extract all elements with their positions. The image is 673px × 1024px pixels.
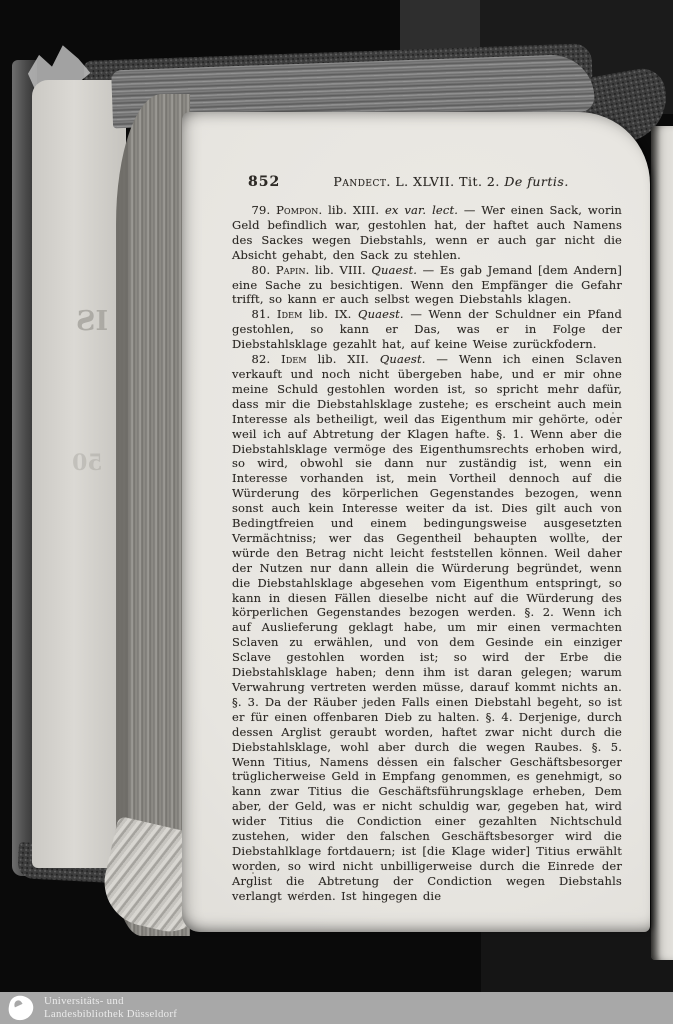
ulb-duesseldorf-logo-icon (8, 995, 34, 1021)
fragment-number: 81. (252, 307, 277, 321)
fragment-number: 80. (252, 263, 276, 277)
page-number: 852 (248, 174, 280, 190)
library-watermark-banner: Universitäts- und Landesbibliothek Düsse… (0, 992, 673, 1024)
paragraph-80: 80. Papin. lib. VIII. Quaest. — Es gab J… (232, 263, 622, 308)
paragraph-text: — Wenn ich einen Sclaven verkauft und no… (232, 352, 622, 903)
running-title: Pandect. L. XLVII. Tit. 2. De furtis. (280, 174, 622, 189)
work-title: Quaest. (380, 352, 437, 366)
library-name: Universitäts- und Landesbibliothek Düsse… (44, 995, 177, 1021)
paragraph-81: 81. Idem lib. IX. Quaest. — Wenn der Sch… (232, 307, 622, 352)
library-name-line1: Universitäts- und (44, 995, 177, 1008)
paragraph-79: 79. Pompon. lib. XIII. ex var. lect. — W… (232, 203, 622, 263)
backdrop-shadow (481, 928, 673, 992)
work-title: ex var. lect. (385, 203, 464, 217)
fragment-number: 79. (252, 203, 277, 217)
book-reference: lib. VIII. (315, 263, 371, 277)
work-title: Quaest. (358, 307, 410, 321)
page-stack-spine-edge (116, 94, 190, 936)
printed-text-column: 852 Pandect. L. XLVII. Tit. 2. De furtis… (232, 174, 622, 904)
paragraph-82: 82. Idem lib. XII. Quaest. — Wenn ich ei… (232, 352, 622, 904)
book-reference: lib. IX. (309, 307, 358, 321)
previous-page-verso: IS 50 (32, 80, 126, 868)
work-title: Quaest. (371, 263, 422, 277)
running-title-cite: L. XLVII. Tit. 2. (391, 174, 505, 189)
showthrough-text: IS (76, 308, 108, 335)
running-head: 852 Pandect. L. XLVII. Tit. 2. De furtis… (232, 174, 622, 190)
book-reference: lib. XII. (318, 352, 380, 366)
showthrough-text: 50 (72, 452, 103, 474)
book-reference: lib. XIII. (328, 203, 385, 217)
book-page: 852 Pandect. L. XLVII. Tit. 2. De furtis… (182, 112, 650, 932)
page-body-text: 79. Pompon. lib. XIII. ex var. lect. — W… (232, 203, 622, 904)
running-title-italic: De furtis. (504, 174, 568, 189)
book-scan-photo: IS 50 852 Pandect. L. XLVII. Tit. 2. De … (0, 0, 673, 1024)
next-page-edge (651, 126, 673, 960)
jurist-name: Papin. (276, 263, 315, 277)
library-name-line2: Landesbibliothek Düsseldorf (44, 1008, 177, 1021)
jurist-name: Idem (277, 307, 309, 321)
running-title-work: Pandect. (333, 174, 390, 189)
jurist-name: Idem (281, 352, 317, 366)
fragment-number: 82. (252, 352, 282, 366)
jurist-name: Pompon. (276, 203, 328, 217)
